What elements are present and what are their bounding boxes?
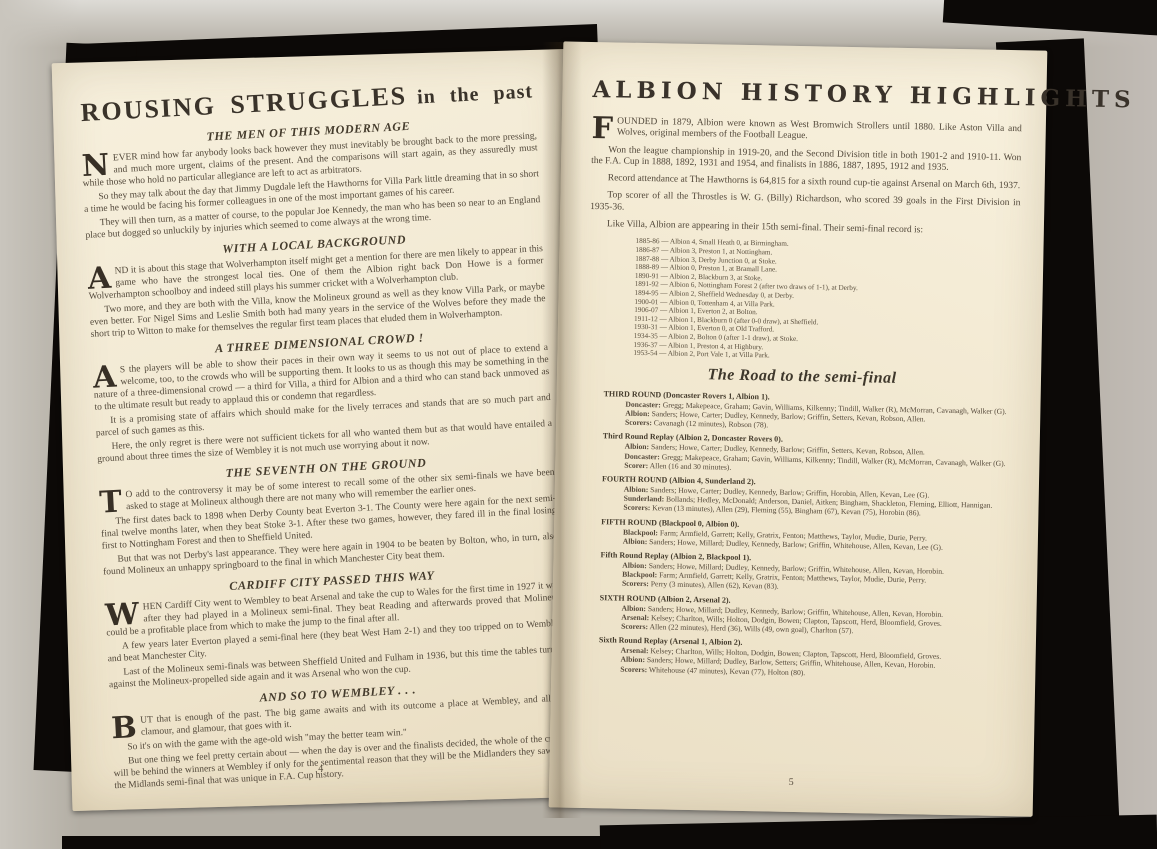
team-label: Sunderland:	[624, 494, 665, 504]
drop-cap: A	[92, 364, 120, 389]
round-block: Third Round Replay (Albion 2, Doncaster …	[585, 431, 1016, 477]
team-label: Blackpool:	[623, 527, 658, 537]
round-block: FOURTH ROUND (Albion 4, Sunderland 2). A…	[584, 474, 1015, 520]
page-number: 5	[549, 772, 1033, 792]
team-label: Doncaster:	[624, 451, 660, 461]
scorers-text: Cavanagh (12 minutes), Robson (78).	[654, 418, 768, 429]
team-label: Albion:	[622, 561, 647, 570]
left-page: ROUSING STRUGGLESin the past THE MEN OF …	[52, 49, 589, 811]
round-block: FIFTH ROUND (Blackpool 0, Albion 0). Bla…	[584, 516, 1014, 553]
drop-cap: F	[592, 116, 618, 140]
team-label: Albion:	[625, 409, 650, 418]
drop-cap: B	[111, 715, 142, 741]
scorers-text: Allen (16 and 30 minutes).	[650, 461, 732, 472]
team-label: Albion:	[625, 442, 650, 451]
drop-cap: W	[105, 602, 144, 628]
team-label: Albion:	[624, 485, 649, 494]
round-block: Sixth Round Replay (Arsenal 1, Albion 2)…	[581, 635, 1012, 681]
left-page-title-tail: in the past	[417, 80, 534, 108]
left-page-title-main: ROUSING STRUGGLES	[80, 81, 408, 127]
scorers-label: Scorers:	[622, 579, 649, 589]
paragraph: Record attendance at The Hawthorns is 64…	[591, 173, 1021, 193]
team-label: Albion:	[620, 655, 645, 664]
scorers-text: Perry (3 minutes), Allen (62), Kevan (83…	[651, 580, 779, 591]
round-block: THIRD ROUND (Doncaster Rovers 1, Albion …	[586, 389, 1017, 435]
right-page-content: ALBION HISTORY HIGHLIGHTS FOUNDED in 187…	[549, 41, 1048, 816]
right-page-title: ALBION HISTORY HIGHLIGHTS	[592, 76, 1022, 111]
scorers-label: Scorers:	[620, 664, 647, 674]
drop-cap: N	[81, 152, 114, 178]
scorers-label: Scorers:	[623, 503, 650, 513]
programme-photo: ROUSING STRUGGLESin the past THE MEN OF …	[0, 0, 1157, 849]
scorers-label: Scorers:	[621, 622, 648, 632]
right-page: ALBION HISTORY HIGHLIGHTS FOUNDED in 187…	[549, 41, 1048, 816]
paragraph: Top scorer of all the Throstles is W. G.…	[590, 190, 1020, 221]
paragraph-text: OUNDED in 1879, Albion were known as Wes…	[617, 116, 1022, 141]
team-label: Arsenal:	[621, 612, 649, 622]
team-label: Blackpool:	[622, 570, 657, 580]
round-block: SIXTH ROUND (Albion 2, Arsenal 2). Albio…	[582, 592, 1013, 638]
team-label: Doncaster:	[625, 399, 661, 409]
paragraph: FOUNDED in 1879, Albion were known as We…	[592, 116, 1022, 147]
paragraph: Like Villa, Albion are appearing in thei…	[590, 219, 1020, 239]
page-gutter-shadow	[542, 42, 582, 818]
round-block: Fifth Round Replay (Albion 2, Blackpool …	[583, 550, 1014, 596]
team-label: Albion:	[621, 603, 646, 612]
scorers-label: Scorer:	[624, 460, 648, 469]
drop-cap: T	[99, 489, 127, 514]
programme-cover-edge-bottom-right	[600, 815, 1157, 849]
team-label: Albion:	[623, 536, 648, 545]
drop-cap: A	[87, 266, 115, 291]
left-page-content: ROUSING STRUGGLESin the past THE MEN OF …	[43, 43, 597, 817]
scorers-label: Scorers:	[625, 418, 652, 428]
team-label: Arsenal:	[621, 646, 649, 656]
scorers-text: Whitehouse (47 minutes), Kevan (77), Hol…	[649, 665, 805, 677]
paragraph: Won the league championship in 1919-20, …	[591, 145, 1021, 176]
semi-final-record-list: 1885-86 — Albion 4, Small Heath 0, at Bi…	[633, 237, 1019, 365]
road-to-semi-final-heading: The Road to the semi-final	[587, 364, 1017, 390]
